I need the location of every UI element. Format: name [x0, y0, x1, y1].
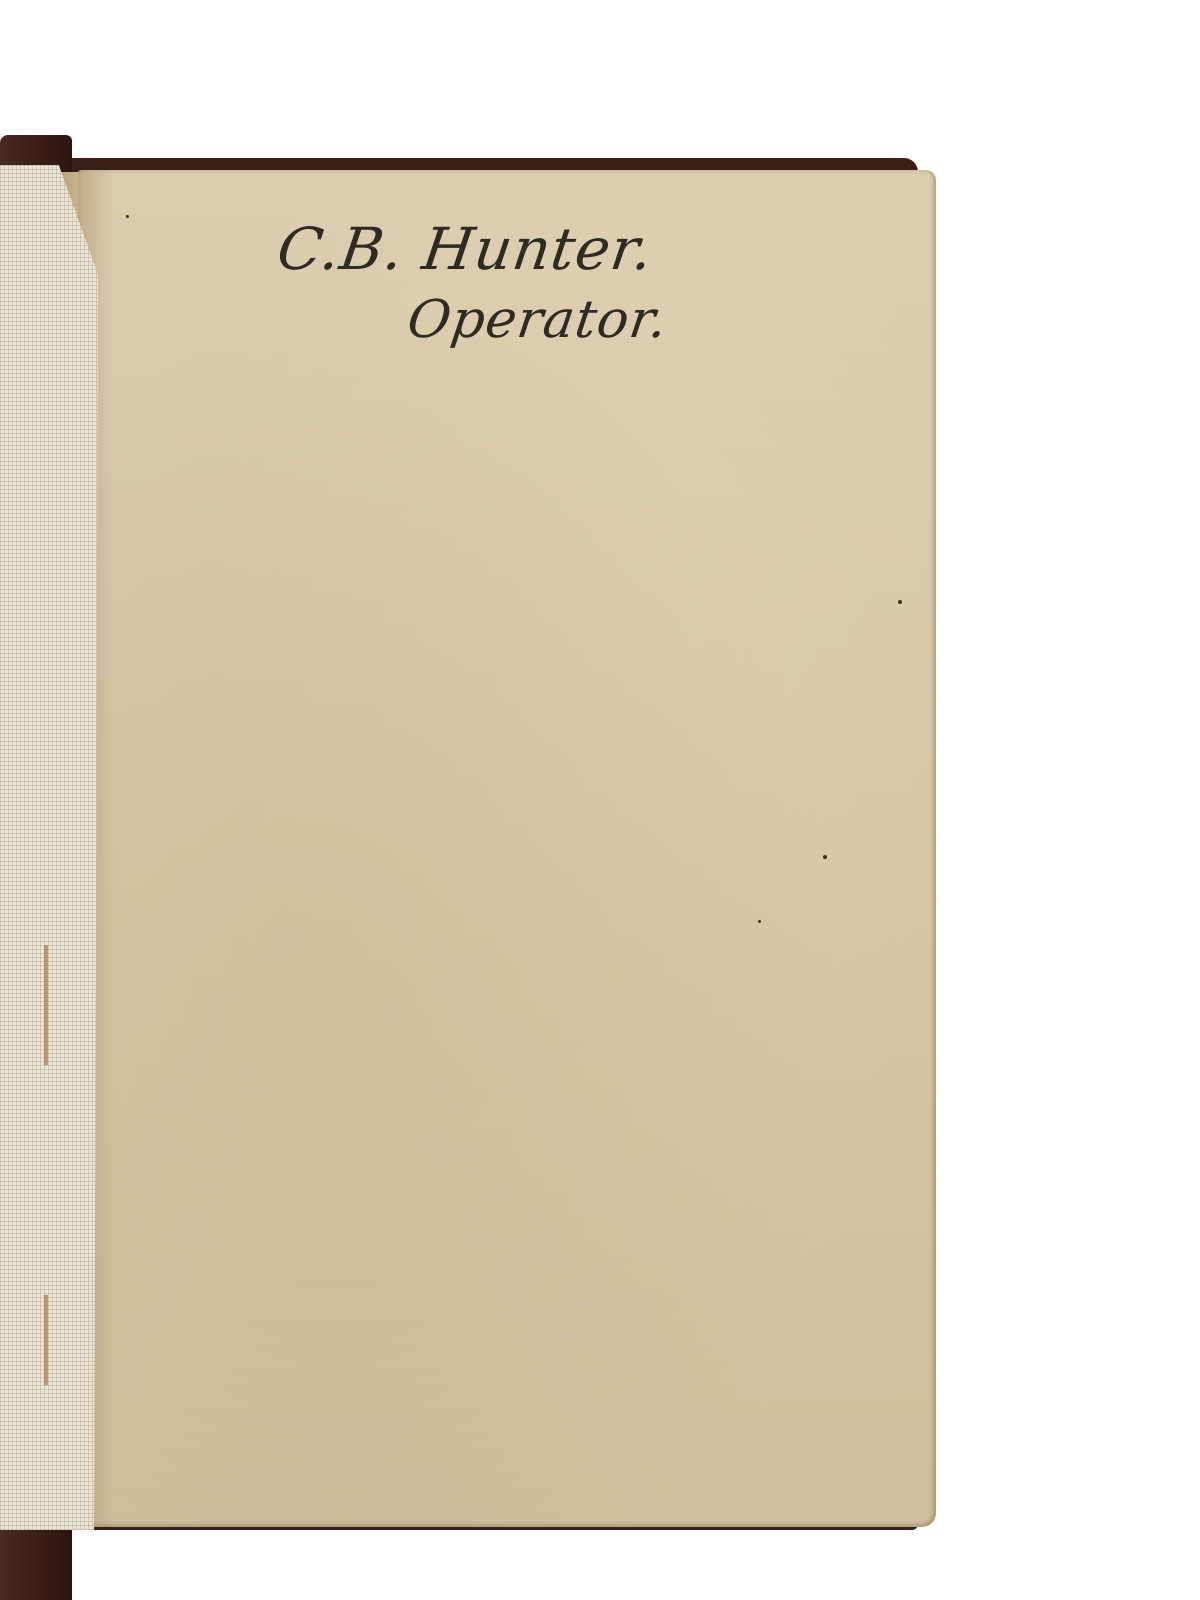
gauze-mull-fabric: [0, 165, 98, 1530]
paper-speck: [758, 920, 761, 923]
flyleaf-page: C.B. Hunter. Operator.: [78, 170, 936, 1527]
paper-speck: [898, 600, 902, 604]
gauze-stain: [44, 945, 48, 1065]
gauze-stain: [44, 1295, 48, 1385]
inscription-name: C.B. Hunter.: [273, 215, 658, 283]
inscription-title: Operator.: [404, 290, 672, 350]
handwritten-inscription: C.B. Hunter. Operator.: [78, 170, 936, 1527]
paper-speck: [126, 215, 129, 218]
paper-speck: [823, 855, 827, 859]
book-photo: C.B. Hunter. Operator.: [0, 0, 1200, 1600]
